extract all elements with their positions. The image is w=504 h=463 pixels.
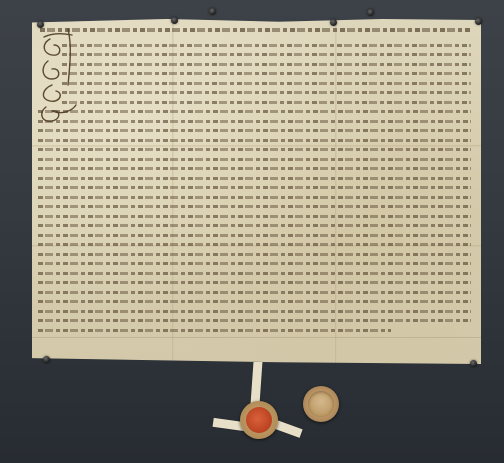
mounting-pin-icon — [470, 360, 477, 367]
mounting-pin-icon — [209, 8, 216, 15]
seal-tag-ribbon — [251, 362, 263, 404]
plica-fold — [32, 337, 481, 338]
mounting-pin-icon — [37, 21, 44, 28]
red-wax-seal-icon — [246, 407, 272, 433]
parchment-document — [32, 19, 481, 364]
mounting-pin-icon — [475, 18, 482, 25]
mounting-pin-icon — [330, 19, 337, 26]
skippet-lid-interior — [308, 391, 334, 417]
mounting-pin-icon — [171, 17, 178, 24]
heading-line — [40, 28, 471, 32]
mounting-pin-icon — [43, 356, 50, 363]
handwritten-text-block — [62, 38, 471, 334]
mounting-pin-icon — [367, 9, 374, 16]
